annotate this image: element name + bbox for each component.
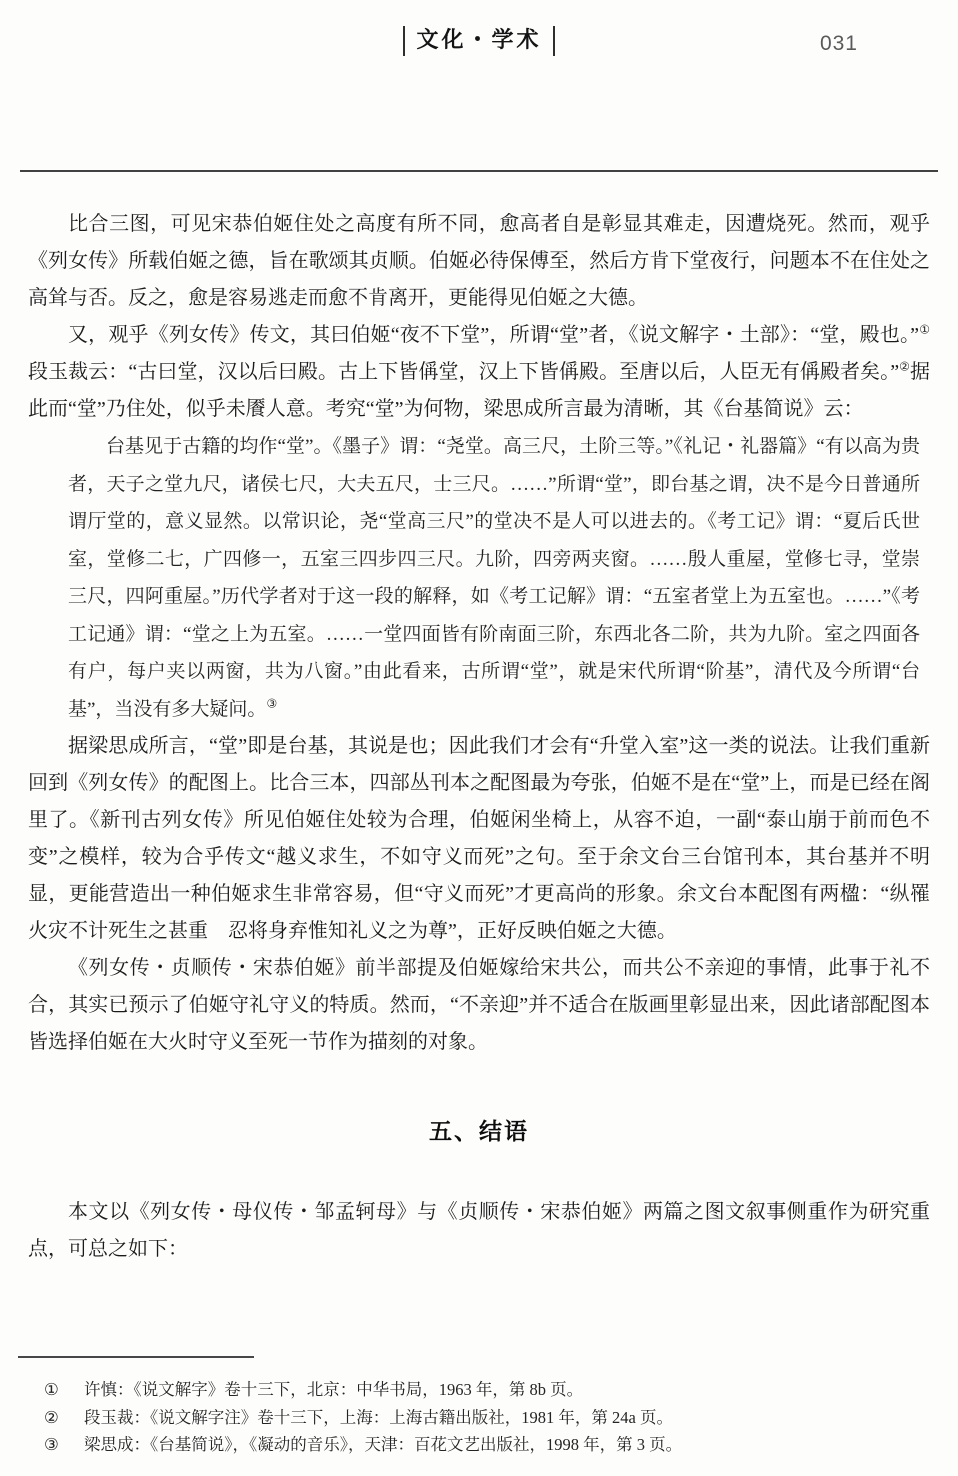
footnote-3-marker: ③ xyxy=(28,1431,84,1459)
footnote-1-text: 许慎：《说文解字》卷十三下，北京：中华书局，1963 年，第 8b 页。 xyxy=(84,1376,930,1404)
closing-paragraph: 本文以《列女传・母仪传・邹孟轲母》与《贞顺传・宋恭伯姬》两篇之图文叙事侧重作为研… xyxy=(28,1194,930,1268)
footnote-3-text: 梁思成：《台基简说》，《凝动的音乐》，天津：百花文艺出版社，1998 年，第 3… xyxy=(84,1431,930,1459)
paragraph-2: 又，观乎《列女传》传文，其曰伯姬“夜不下堂”，所谓“堂”者，《说文解字・土部》：… xyxy=(28,317,930,428)
page-number: 031 xyxy=(820,32,858,56)
paragraph-3: 据梁思成所言，“堂”即是台基，其说是也；因此我们才会有“升堂入室”这一类的说法。… xyxy=(28,728,930,950)
section-title: 文化・学术 xyxy=(403,26,554,56)
block-quote-text: 台基见于古籍的均作“堂”。《墨子》谓：“尧堂。高三尺，土阶三等。”《礼记・礼器篇… xyxy=(68,436,920,720)
section-heading: 五、结语 xyxy=(28,1113,930,1146)
footnote-rule xyxy=(18,1356,254,1358)
footnote-3: ③ 梁思成：《台基简说》，《凝动的音乐》，天津：百花文艺出版社，1998 年，第… xyxy=(28,1431,930,1459)
footnote-1-marker: ① xyxy=(28,1376,84,1404)
paragraph-4: 《列女传・贞顺传・宋恭伯姬》前半部提及伯姬嫁给宋共公，而共公不亲迎的事情，此事于… xyxy=(28,950,930,1061)
block-quote: 台基见于古籍的均作“堂”。《墨子》谓：“尧堂。高三尺，土阶三等。”《礼记・礼器篇… xyxy=(68,428,920,728)
paragraph-2-text-1: 又，观乎《列女传》传文，其曰伯姬“夜不下堂”，所谓“堂”者，《说文解字・土部》：… xyxy=(68,324,919,346)
footnote-ref-2: ② xyxy=(899,359,910,373)
article-body: 比合三图，可见宋恭伯姬住处之高度有所不同，愈高者自是彰显其难走，因遭烧死。然而，… xyxy=(28,206,930,1268)
paragraph-1: 比合三图，可见宋恭伯姬住处之高度有所不同，愈高者自是彰显其难走，因遭烧死。然而，… xyxy=(28,206,930,317)
footnotes: ① 许慎：《说文解字》卷十三下，北京：中华书局，1963 年，第 8b 页。 ②… xyxy=(28,1356,930,1459)
header-rule xyxy=(20,170,938,172)
footnote-2-marker: ② xyxy=(28,1404,84,1432)
footnote-1: ① 许慎：《说文解字》卷十三下，北京：中华书局，1963 年，第 8b 页。 xyxy=(28,1376,930,1404)
paragraph-2-text-2: 段玉裁云：“古曰堂，汉以后曰殿。古上下皆偁堂，汉上下皆偁殿。至唐以后，人臣无有偁… xyxy=(28,361,899,383)
footnote-ref-1: ① xyxy=(919,322,930,336)
footnote-2: ② 段玉裁：《说文解字注》卷十三下，上海：上海古籍出版社，1981 年，第 24… xyxy=(28,1404,930,1432)
page: 文化・学术 031 比合三图，可见宋恭伯姬住处之高度有所不同，愈高者自是彰显其难… xyxy=(0,0,958,1476)
page-header: 文化・学术 031 xyxy=(28,0,930,58)
footnote-2-text: 段玉裁：《说文解字注》卷十三下，上海：上海古籍出版社，1981 年，第 24a … xyxy=(84,1404,930,1432)
footnote-ref-3: ③ xyxy=(266,696,277,710)
